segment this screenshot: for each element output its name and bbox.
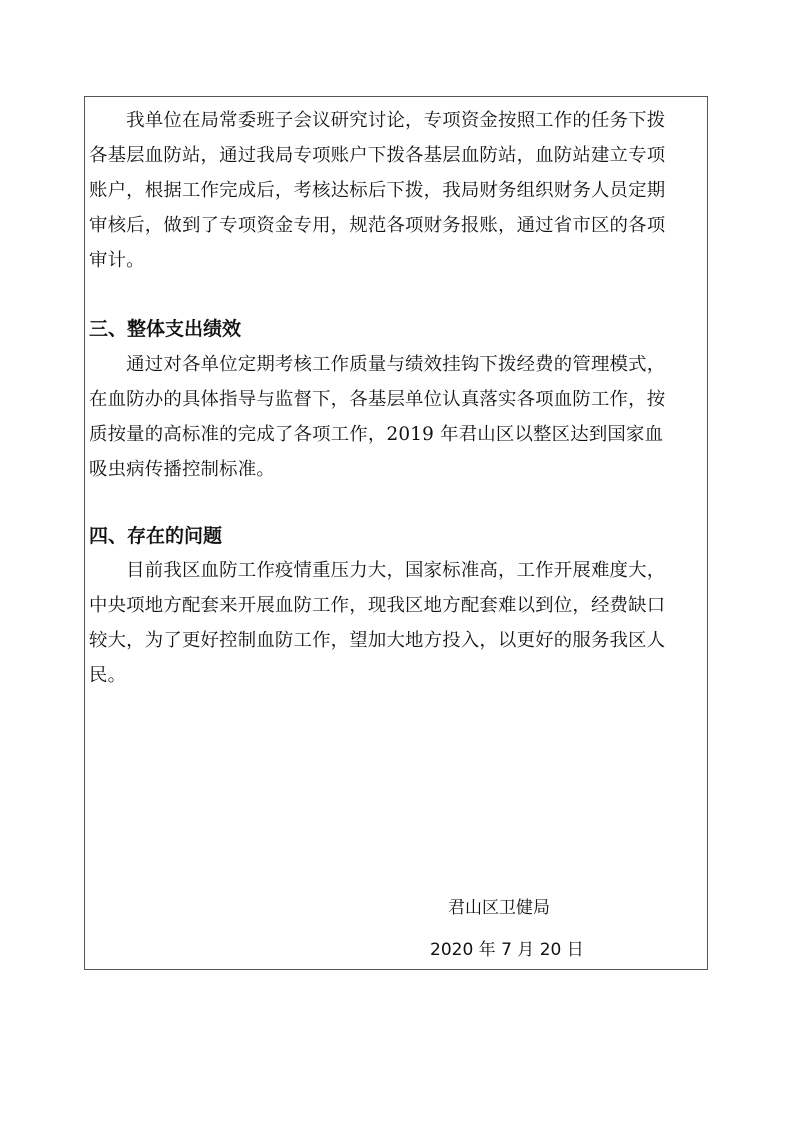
signature-org: 君山区卫健局 <box>448 897 550 919</box>
paragraph-line: 审核后，做到了专项资金专用，规范各项财务报账，通过省市区的各项 <box>89 208 701 243</box>
section3-body: 通过对各单位定期考核工作质量与绩效挂钩下拨经费的管理模式， 在血防办的具体指导与… <box>89 347 701 487</box>
paragraph-line: 目前我区血防工作疫情重压力大，国家标准高，工作开展难度大， <box>89 553 701 588</box>
document-frame: 我单位在局常委班子会议研究讨论，专项资金按照工作的任务下拨 各基层血防站，通过我… <box>84 96 708 970</box>
paragraph-line: 中央项地方配套来开展血防工作，现我区地方配套难以到位，经费缺口 <box>89 588 701 623</box>
paragraph-line: 我单位在局常委班子会议研究讨论，专项资金按照工作的任务下拨 <box>89 103 701 138</box>
section4-heading: 四、存在的问题 <box>89 524 222 548</box>
paragraph-line: 账户，根据工作完成后，考核达标后下拨，我局财务组织财务人员定期 <box>89 173 701 208</box>
section4-body: 目前我区血防工作疫情重压力大，国家标准高，工作开展难度大， 中央项地方配套来开展… <box>89 553 701 693</box>
paragraph-line: 较大，为了更好控制血防工作，望加大地方投入，以更好的服务我区人 <box>89 623 701 658</box>
paragraph-line: 民。 <box>89 658 701 693</box>
paragraph-line: 吸虫病传播控制标准。 <box>89 452 701 487</box>
signature-date: 2020 年 7 月 20 日 <box>430 939 584 961</box>
paragraph-line: 质按量的高标准的完成了各项工作，2019 年君山区以整区达到国家血 <box>89 417 701 452</box>
section3-heading: 三、整体支出绩效 <box>89 317 241 341</box>
paragraph-line: 审计。 <box>89 243 701 278</box>
paragraph-line: 在血防办的具体指导与监督下，各基层单位认真落实各项血防工作，按 <box>89 382 701 417</box>
paragraph-line: 通过对各单位定期考核工作质量与绩效挂钩下拨经费的管理模式， <box>89 347 701 382</box>
section2-body: 我单位在局常委班子会议研究讨论，专项资金按照工作的任务下拨 各基层血防站，通过我… <box>89 103 701 278</box>
paragraph-line: 各基层血防站，通过我局专项账户下拨各基层血防站，血防站建立专项 <box>89 138 701 173</box>
